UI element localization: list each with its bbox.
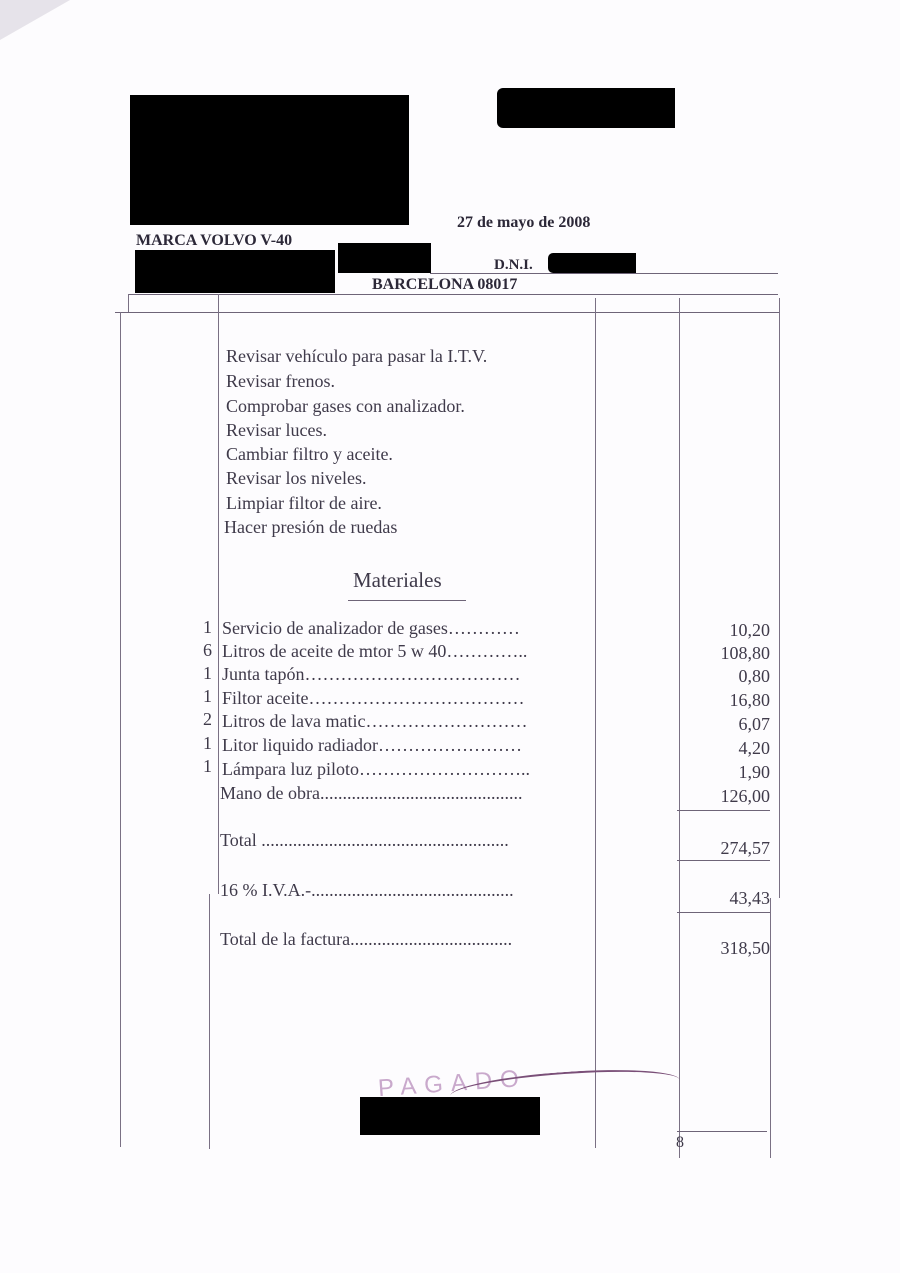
item-qty: 1 xyxy=(200,733,212,754)
item-qty: 1 xyxy=(200,663,212,684)
task-item: Revisar frenos. xyxy=(226,371,335,392)
item-desc: Junta tapón……………………………… xyxy=(222,664,521,685)
col-line xyxy=(218,294,219,894)
col-line xyxy=(120,312,121,1147)
invoice-total-amount: 318,50 xyxy=(680,938,770,959)
item-qty: 1 xyxy=(200,756,212,777)
item-amount: 16,80 xyxy=(680,690,770,711)
vehicle-model: MARCA VOLVO V-40 xyxy=(136,232,292,250)
materials-heading: Materiales xyxy=(353,568,442,593)
task-item: Revisar luces. xyxy=(226,420,327,441)
task-item: Revisar vehículo para pasar la I.T.V. xyxy=(226,346,487,367)
dni-label: D.N.I. xyxy=(494,257,533,274)
task-item: Cambiar filtro y aceite. xyxy=(226,444,393,465)
labor-desc: Mano de obra............................… xyxy=(220,783,522,804)
col-line xyxy=(770,898,771,1158)
subtotal-rule xyxy=(677,810,770,811)
col-line xyxy=(128,294,129,312)
page-number: 8 xyxy=(676,1134,684,1152)
col-line xyxy=(209,894,210,1149)
header-rule xyxy=(430,273,778,274)
total-amount: 274,57 xyxy=(680,838,770,859)
item-amount: 1,90 xyxy=(680,762,770,783)
item-qty: 2 xyxy=(200,709,212,730)
item-desc: Litor liquido radiador…………………… xyxy=(222,735,522,756)
item-amount: 108,80 xyxy=(680,643,770,664)
item-qty: 6 xyxy=(200,640,212,661)
page-rule xyxy=(677,1131,767,1132)
task-item: Hacer presión de ruedas xyxy=(224,517,397,538)
total-rule xyxy=(677,860,770,861)
task-item: Limpiar filtor de aire. xyxy=(226,493,382,514)
folded-corner xyxy=(0,0,70,40)
iva-label: 16 % I.V.A.-............................… xyxy=(220,880,514,901)
redacted-dni xyxy=(548,253,636,273)
item-desc: Lámpara luz piloto……………………….. xyxy=(222,759,530,780)
item-desc: Litros de lava matic……………………… xyxy=(222,711,527,732)
redacted-client-name xyxy=(135,250,335,293)
materials-underline xyxy=(348,600,466,601)
table-top-rule xyxy=(128,294,778,295)
col-line xyxy=(595,298,596,1148)
table-header-rule xyxy=(115,312,780,313)
iva-rule xyxy=(677,912,770,913)
item-amount: 6,07 xyxy=(680,714,770,735)
task-item: Comprobar gases con analizador. xyxy=(226,396,465,417)
invoice-date: 27 de mayo de 2008 xyxy=(457,214,590,232)
redacted-header xyxy=(497,88,675,128)
iva-amount: 43,43 xyxy=(680,888,770,909)
item-amount: 0,80 xyxy=(680,666,770,687)
item-qty: 1 xyxy=(200,617,212,638)
item-amount: 4,20 xyxy=(680,738,770,759)
redacted-address xyxy=(338,243,431,273)
total-label: Total ..................................… xyxy=(220,830,509,851)
item-amount: 10,20 xyxy=(680,620,770,641)
item-desc: Servicio de analizador de gases………… xyxy=(222,618,520,639)
item-desc: Litros de aceite de mtor 5 w 40………….. xyxy=(222,641,527,662)
redacted-logo xyxy=(130,95,409,225)
item-desc: Filtor aceite……………………………… xyxy=(222,688,524,709)
col-line xyxy=(779,298,780,898)
labor-amount: 126,00 xyxy=(680,786,770,807)
task-item: Revisar los niveles. xyxy=(226,468,366,489)
city-postal: BARCELONA 08017 xyxy=(372,276,517,294)
item-qty: 1 xyxy=(200,686,212,707)
invoice-total-label: Total de la factura.....................… xyxy=(220,929,512,950)
